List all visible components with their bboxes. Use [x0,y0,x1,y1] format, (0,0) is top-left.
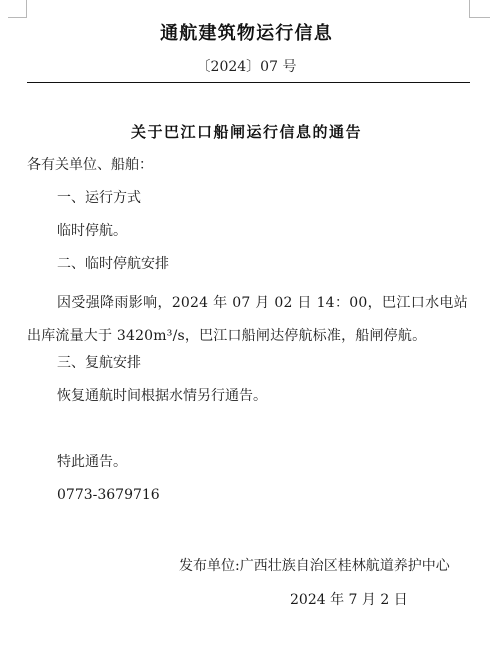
section-3-heading: 三、复航安排 [57,353,141,373]
header-divider [27,82,470,83]
page-corner-mark-top-right [469,0,490,18]
section-2-heading: 二、临时停航安排 [57,254,169,274]
section-1-content: 临时停航。 [57,221,127,241]
document-number: 〔2024〕07 号 [0,57,493,77]
section-2-content: 因受强降雨影响，2024 年 07 月 02 日 14：00，巴江口水电站出库流… [27,287,468,353]
page-corner-mark-top-left [8,0,27,18]
section-3-content: 恢复通航时间根据水情另行通告。 [57,386,267,406]
publish-date: 2024 年 7 月 2 日 [290,590,408,610]
section-1-heading: 一、运行方式 [57,188,141,208]
closing-statement: 特此通告。 [57,452,127,472]
publisher: 发布单位:广西壮族自治区桂林航道养护中心 [179,556,450,576]
document-header-title: 通航建筑物运行信息 [0,21,493,47]
notice-title: 关于巴江口船闸运行信息的通告 [0,120,493,144]
salutation: 各有关单位、船舶： [27,155,153,175]
contact-phone: 0773-3679716 [57,485,160,505]
